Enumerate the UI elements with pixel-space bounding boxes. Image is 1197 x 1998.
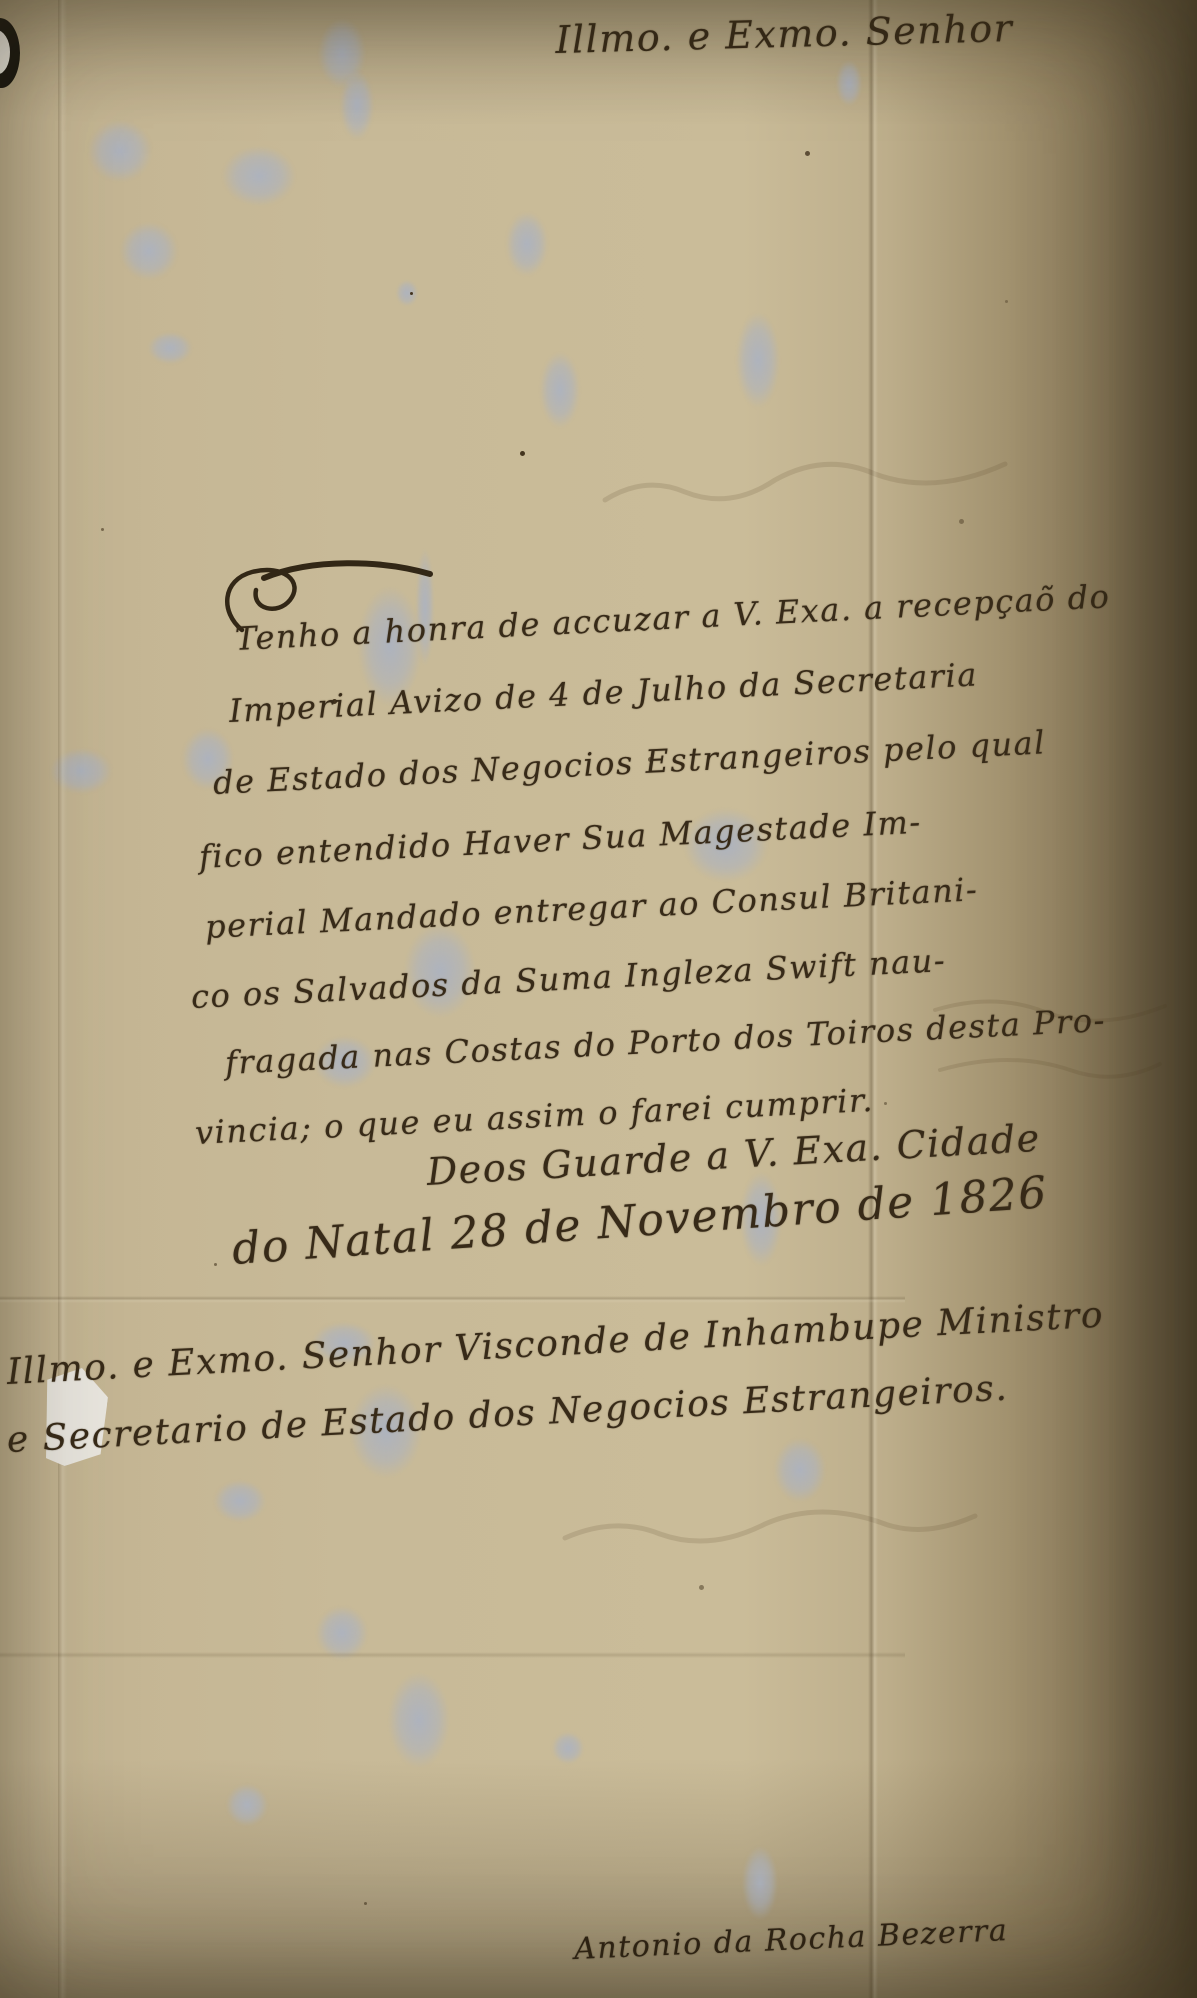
ink-bleedthrough [600,440,1020,530]
ink-bleedthrough [560,1488,980,1568]
paper-stain [222,146,296,206]
paper-stain [120,222,178,280]
paper-stain [540,352,580,428]
paper-stain [836,60,862,106]
fold-crease-left [58,0,67,1998]
fold-crease-horizontal [0,1296,905,1303]
ink-specks [0,0,3,3]
paper-stain [736,312,780,408]
body-line: Imperial Avizo de 4 de Julho da Secretar… [228,655,979,730]
paper-stain [742,1846,778,1920]
paper-stain [88,120,152,182]
body-line: perial Mandado entregar ao Consul Britan… [204,870,979,946]
body-line: de Estado dos Negocios Estrangeiros pelo… [212,723,1047,802]
paper-stain [148,332,192,364]
paper-stain [506,212,548,276]
manuscript-page-scan: Illmo. e Exmo. Senhor Tenho a honra de a… [0,0,1197,1998]
fold-crease-horizontal [0,1652,905,1658]
signature: Antonio da Rocha Bezerra [573,1913,1008,1967]
fold-crease-right [868,0,878,1998]
salutation-line: Illmo. e Exmo. Senhor [555,6,1014,62]
paper-stain [340,70,374,140]
body-line: fico entendido Haver Sua Magestade Im- [198,803,922,876]
paper-stain [552,1732,584,1764]
paper-stain [214,1480,266,1522]
paper-stain [388,1672,450,1768]
paper-stain [396,280,418,306]
paper-stain [226,1784,268,1826]
dateline: do Natal 28 de Novembro de 1826 [230,1167,1049,1275]
body-line: co os Salvados da Suma Ingleza Swift nau… [190,941,947,1016]
